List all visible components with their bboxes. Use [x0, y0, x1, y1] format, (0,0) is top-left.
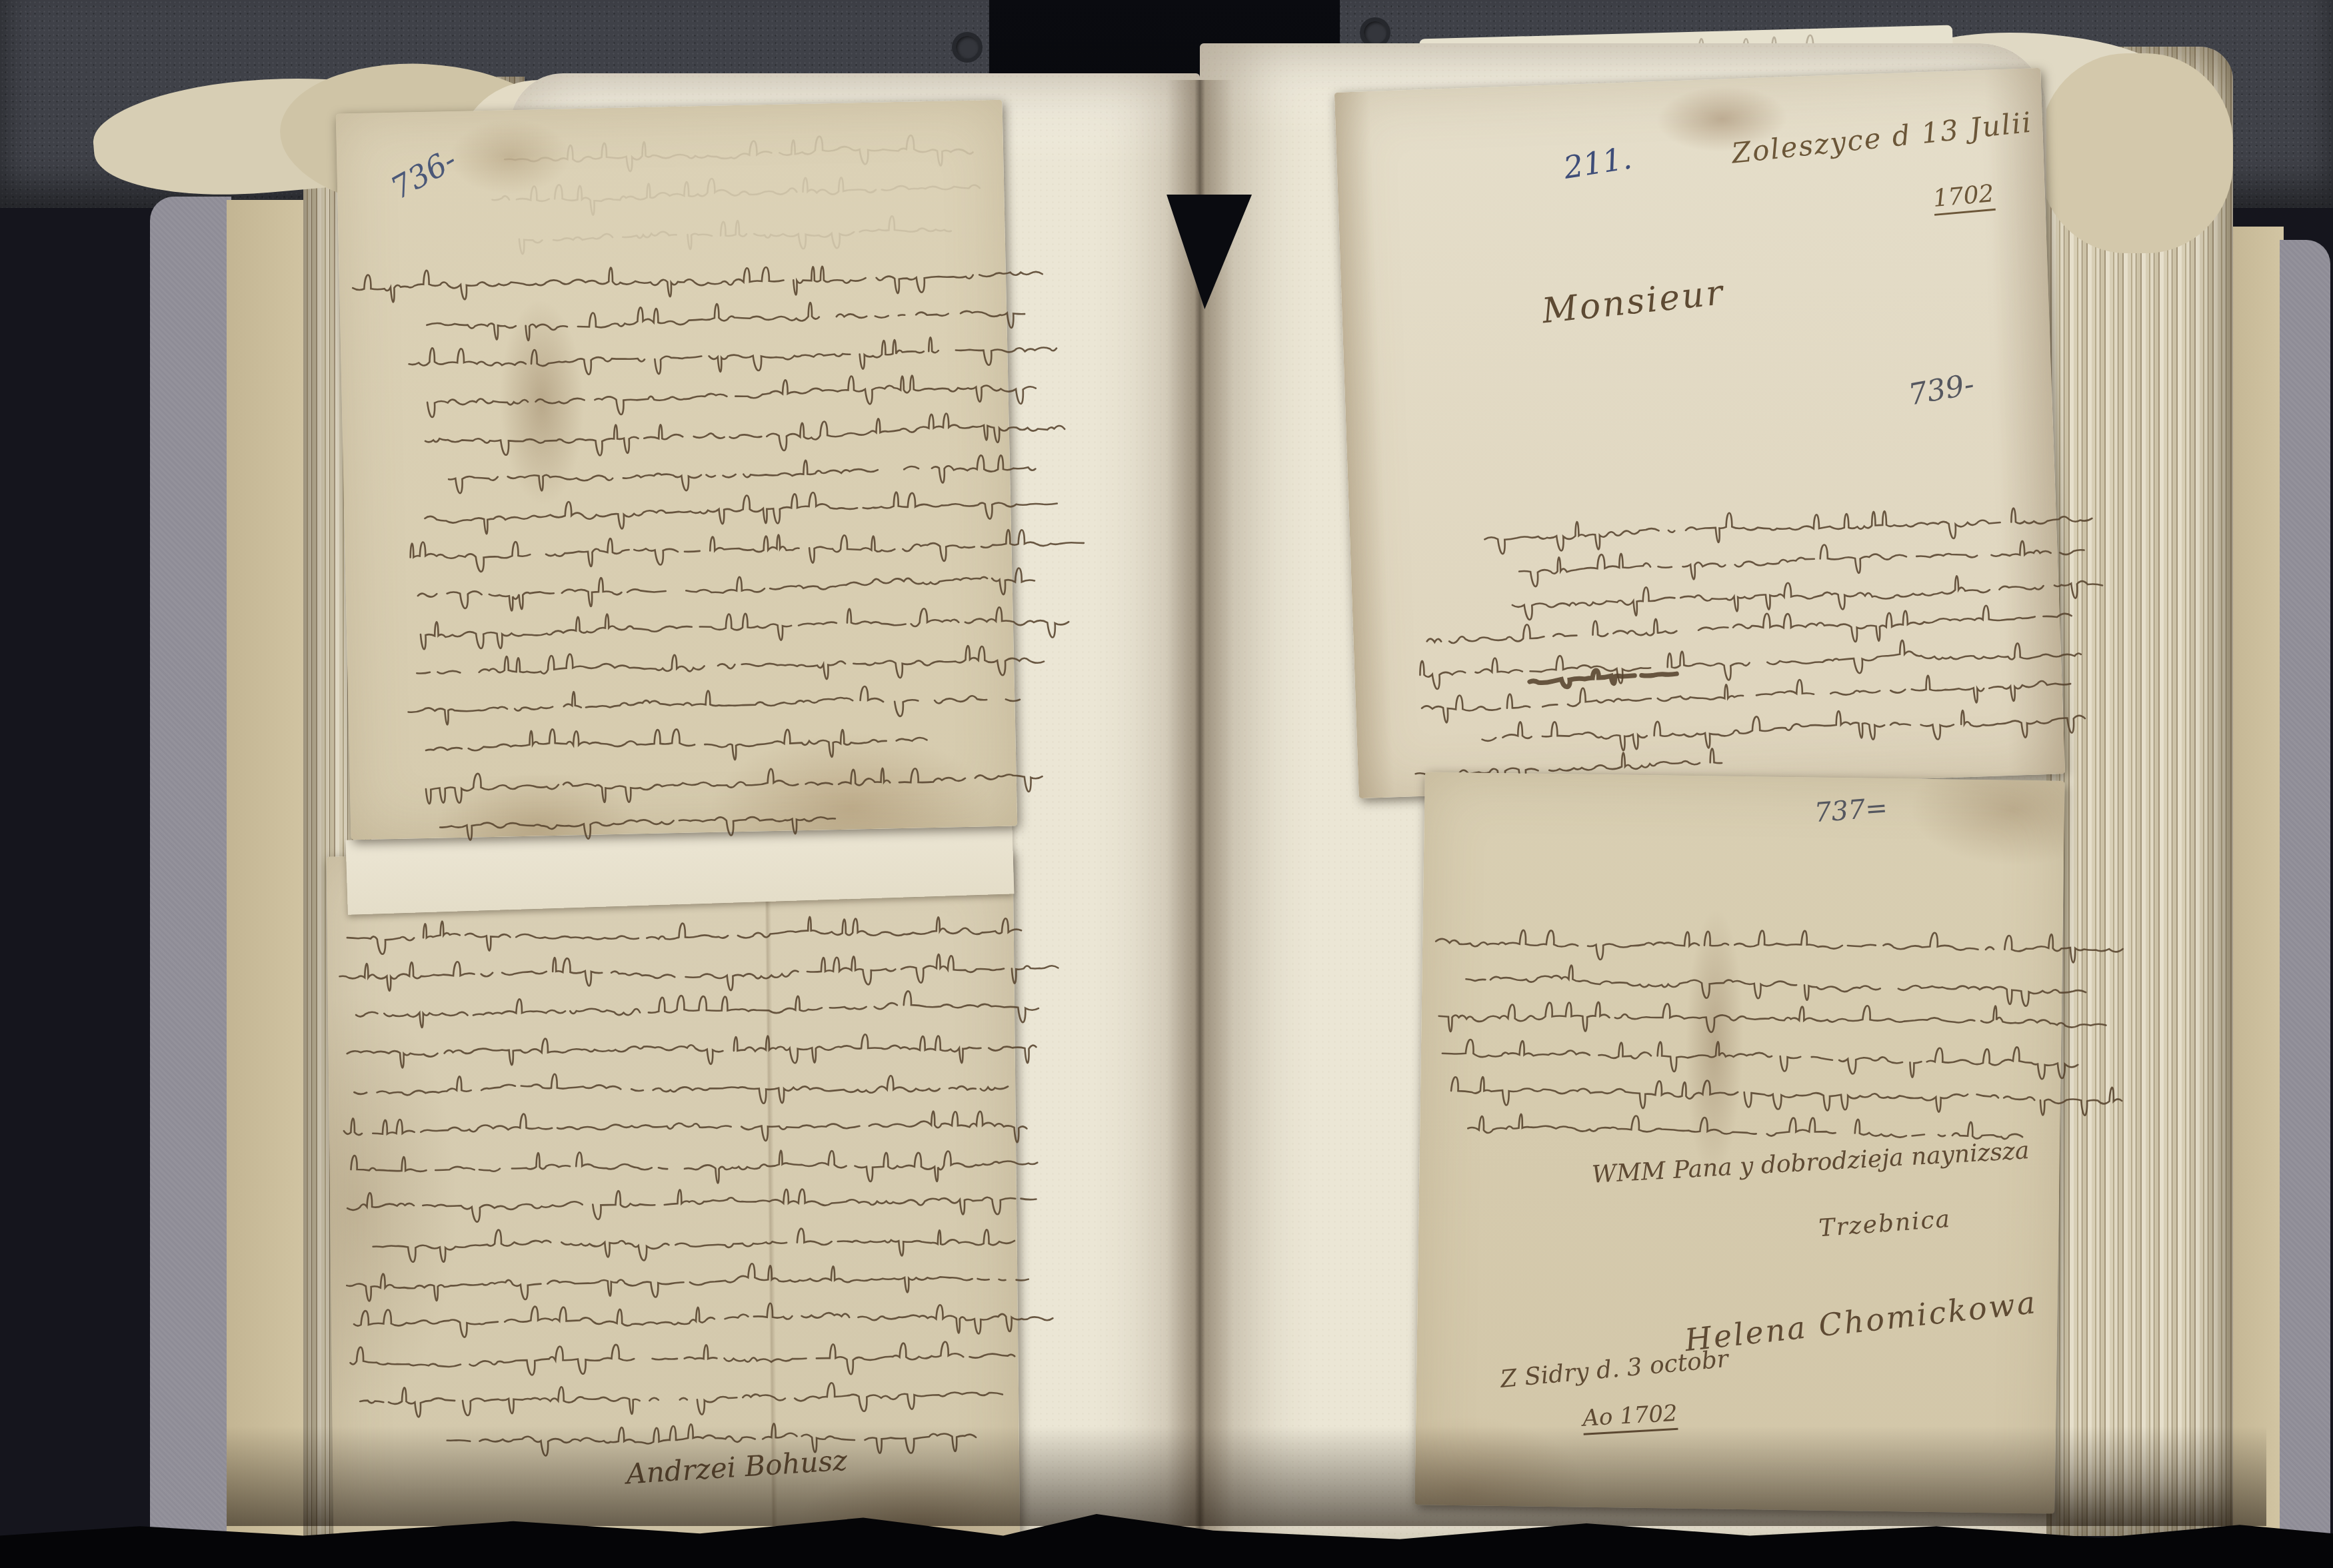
handwriting-line: [407, 682, 999, 726]
pasted-letter-right-top: 211. Zoleszyce d 13 Julii 1702 Monsieur …: [1334, 68, 2065, 798]
pasted-letter-left-top: 736-: [336, 100, 1018, 840]
page-corner-edges: [2040, 53, 2233, 253]
letter-heading-place-date: Zoleszyce d 13 Julii: [1730, 106, 2034, 170]
folio-number-739: 739-: [1906, 367, 1976, 412]
bottom-shadow: [227, 1426, 2266, 1526]
handwriting-line: [359, 1378, 932, 1415]
gutter-shadow: [1166, 80, 1233, 1546]
handwriting-line: [353, 1068, 973, 1106]
handwriting-line: [353, 1223, 973, 1260]
handwriting-line: [1425, 604, 2012, 655]
handwriting-line: [409, 528, 997, 570]
manuscript-book-photo: Andrzei Bohusz 736- 211. Zoleszyce d 13 …: [0, 0, 2333, 1568]
handwriting-line: [416, 566, 995, 609]
handwriting-line: [351, 257, 979, 301]
valediction-line: WMM Pana y dobrodzieja naynizsza: [1591, 1137, 2030, 1189]
handwriting-line: [1463, 704, 2010, 754]
handwriting-line: [416, 373, 991, 416]
pasted-letter-right-bottom: 737= WMM Pana y dobrodzieja naynizsza Tr…: [1414, 772, 2064, 1513]
handwriting-line: [1412, 670, 2020, 722]
handwriting-line: [1510, 569, 2044, 618]
ghost-writing-line: [503, 133, 917, 173]
right-cover-board: [2225, 227, 2284, 1553]
left-fabric-wedge: [150, 197, 231, 1568]
cradle-screw-icon: [952, 32, 983, 63]
handwriting-line: [346, 1184, 977, 1221]
handwriting-line: [423, 412, 991, 454]
handwriting-line: [349, 1146, 976, 1183]
handwriting-line: [424, 760, 982, 802]
ghost-writing-line: [491, 173, 931, 213]
handwriting-line: [355, 991, 975, 1028]
handwriting-line: [349, 1339, 949, 1376]
handwriting-line: [433, 450, 993, 493]
dateline-sidra: Z Sidry d. 3 octobr: [1499, 1345, 1729, 1393]
handwriting-line: [1441, 1036, 1995, 1075]
handwriting-line: [1482, 502, 2043, 552]
handwriting-line: [338, 952, 975, 990]
signature-helena-chomickowa: Helena Chomickowa: [1683, 1284, 2039, 1358]
handwriting-line: [345, 1261, 977, 1299]
handwriting-line: [407, 335, 993, 377]
crossed-out-word: [1528, 660, 1655, 696]
handwriting-line: [419, 489, 994, 532]
handwriting-line: [1464, 962, 2044, 1000]
handwriting-line: [343, 1107, 976, 1144]
handwriting-line: [415, 644, 997, 686]
year-underlined: 1702: [1932, 180, 1995, 216]
archive-number-211: 211.: [1561, 139, 1634, 185]
handwriting-line: [353, 1300, 975, 1337]
folio-number-737: 737=: [1813, 792, 1888, 828]
ghost-writing-line: [511, 214, 912, 253]
handwriting-line: [346, 914, 973, 951]
letter-heading-year: 1702: [1932, 180, 1995, 213]
handwriting-line: [1418, 637, 2019, 688]
handwriting-line: [425, 296, 987, 339]
handwriting-line: [1517, 536, 2044, 585]
handwriting-line: [1466, 1111, 1974, 1149]
handwriting-line: [1437, 999, 2042, 1038]
folio-number-736: 736-: [385, 141, 463, 207]
handwriting-line: [345, 1030, 975, 1067]
handwriting-line: [1434, 924, 2048, 964]
handwriting-line: [408, 605, 998, 648]
handwriting-line: [414, 724, 881, 764]
handwriting-line: [1450, 1074, 2030, 1112]
left-cover-board: [227, 200, 312, 1559]
right-fabric-wedge: [2280, 240, 2330, 1566]
salutation-monsieur: Monsieur: [1540, 273, 1726, 331]
place-trzebnica: Trzebnica: [1818, 1205, 1952, 1242]
